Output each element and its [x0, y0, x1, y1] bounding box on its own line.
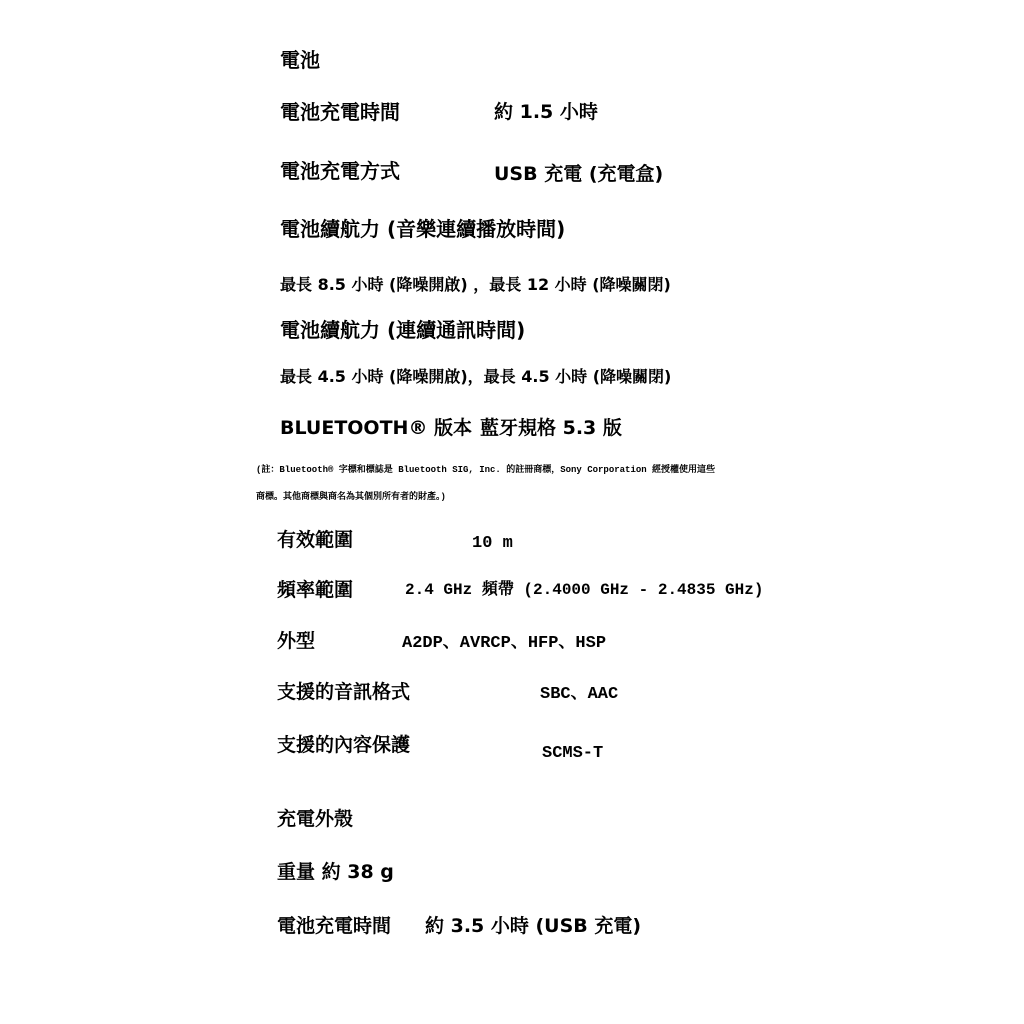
- talk-time-label: 電池續航力 (連續通訊時間): [280, 320, 525, 340]
- charging-case-charge-time-label: 電池充電時間: [277, 917, 391, 936]
- battery-charge-time-value: 約 1.5 小時: [494, 103, 598, 122]
- profile-label: 外型: [277, 632, 315, 651]
- charging-case-weight: 重量 約 38 g: [277, 863, 394, 882]
- range-value: 10 m: [472, 535, 513, 552]
- codecs-label: 支援的音訊格式: [277, 683, 410, 702]
- talk-time-value: 最長 4.5 小時 (降噪開啟)，最長 4.5 小時 (降噪關閉): [280, 369, 671, 385]
- music-playback-value: 最長 8.5 小時 (降噪開啟) ，最長 12 小時 (降噪關閉): [280, 277, 671, 293]
- battery-charge-time-label: 電池充電時間: [280, 102, 400, 122]
- charging-case-charge-time-value: 約 3.5 小時 (USB 充電): [425, 917, 641, 936]
- battery-charge-method-label: 電池充電方式: [280, 161, 400, 181]
- charging-case-section-title: 充電外殼: [277, 810, 353, 829]
- bluetooth-version-label: BLUETOOTH® 版本: [280, 419, 472, 438]
- trademark-note-line2: 商標。其他商標與商名為其個別所有者的財產。): [256, 489, 446, 502]
- battery-section-title: 電池: [280, 50, 320, 70]
- trademark-note-line1: (註：Bluetooth® 字標和標誌是 Bluetooth SIG, Inc.…: [256, 462, 715, 475]
- battery-charge-method-value: USB 充電 (充電盒): [494, 165, 663, 184]
- profile-value: A2DP、AVRCP、HFP、HSP: [402, 635, 606, 652]
- frequency-value: 2.4 GHz 頻帶 (2.4000 GHz - 2.4835 GHz): [405, 582, 763, 598]
- range-label: 有效範圍: [277, 531, 353, 550]
- content-protection-label: 支援的內容保護: [277, 736, 410, 755]
- frequency-label: 頻率範圍: [277, 581, 353, 600]
- content-protection-value: SCMS-T: [542, 745, 603, 762]
- bluetooth-version-value: 藍牙規格 5.3 版: [480, 419, 622, 438]
- codecs-value: SBC、AAC: [540, 686, 618, 703]
- music-playback-label: 電池續航力 (音樂連續播放時間): [280, 219, 565, 239]
